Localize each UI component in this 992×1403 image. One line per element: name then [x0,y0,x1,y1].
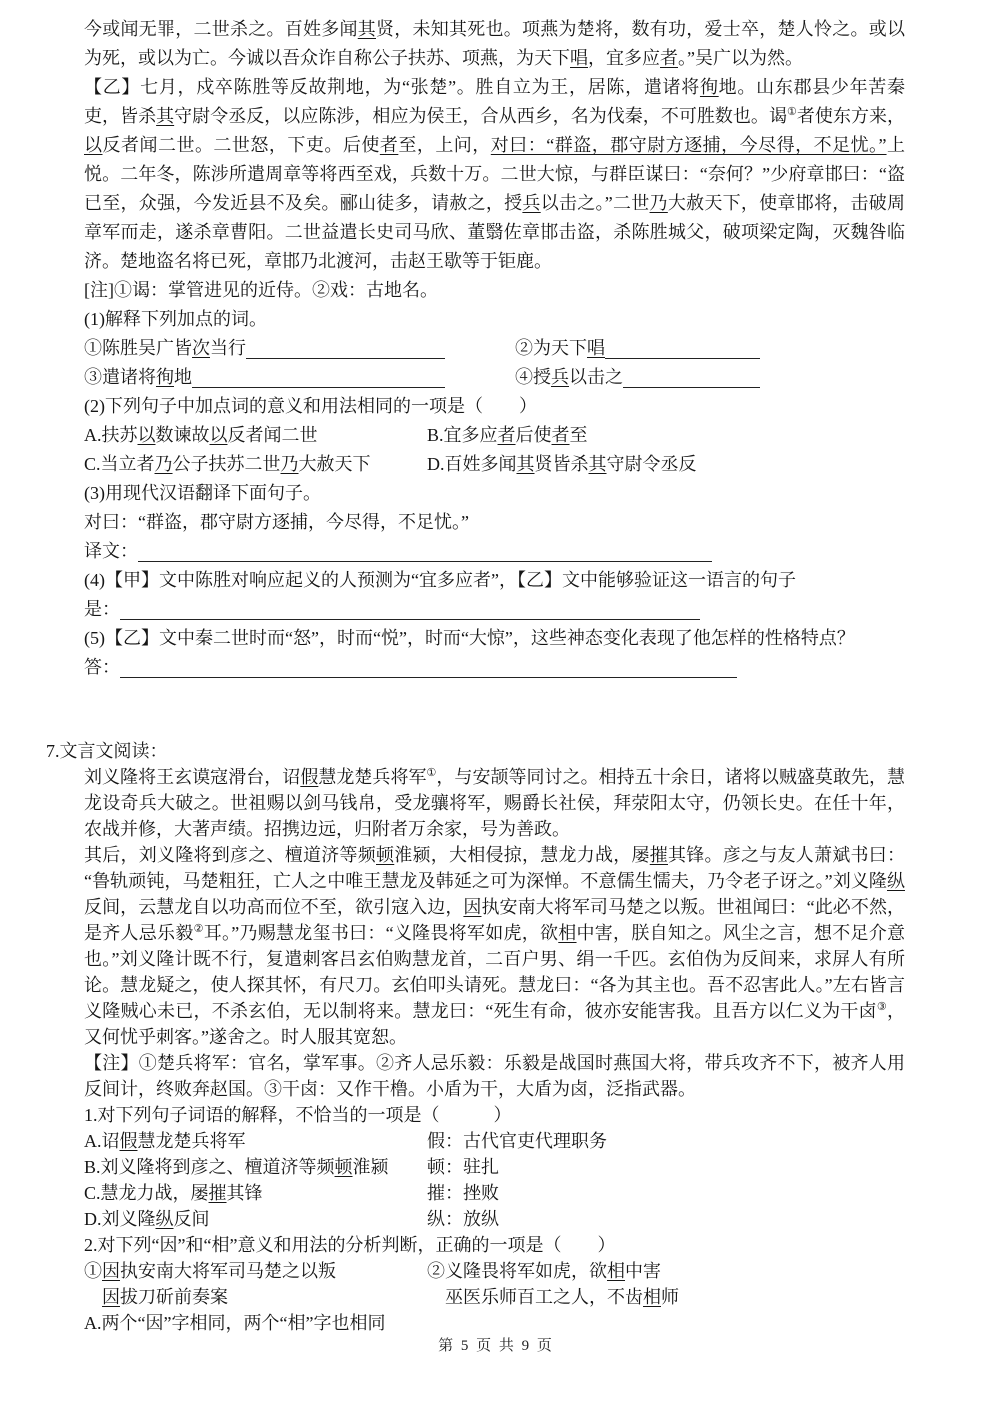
passage7-para1: 刘义隆将王玄谟寇滑台，诏假慧龙楚兵将军①，与安颉等同讨之。相持五十余日，诸将以贼… [84,764,905,842]
q1-prompt: (1)解释下列加点的词。 [84,305,905,334]
answer-label: 译文： [84,537,138,566]
q3-sentence: 对曰：“群盗，郡守尉方逐捕，今尽得，不足忧。” [84,508,905,537]
option-text: D.刘义隆纵反间 [84,1206,427,1232]
fill-item-label: ①陈胜吴广皆次当行 [84,334,246,363]
s7q1-option-a: A.诏假慧龙楚兵将军 假：古代官吏代理职务 [84,1128,905,1154]
s7q1-option-b: B.刘义隆将到彦之、檀道济等频顿淮颍 顿：驻扎 [84,1154,905,1180]
option-gloss: 摧：挫败 [427,1180,905,1206]
fill-item-label: ③遣诸将徇地 [84,363,192,392]
option-d: D.百姓多闻其贤皆杀其守尉令丞反 [427,450,905,479]
answer-label: 是： [84,595,120,624]
s7q2-examples-1: ①因执安南大将军司马楚之以叛 ②义隆畏将军如虎，欲相中害 [84,1258,905,1284]
answer-blank [120,595,700,620]
passage-jia-continued: 今或闻无罪，二世杀之。百姓多闻其贤，未知其死也。项燕为楚将，数有功，爱士卒，楚人… [84,15,905,73]
option-text: A.诏假慧龙楚兵将军 [84,1128,427,1154]
fill-item-2: ②为天下唱 [515,334,905,363]
q1-fill-row-2: ③遣诸将徇地 ④授兵以击之 [84,363,905,392]
s7q1-option-c: C.慧龙力战，屡摧其锋 摧：挫败 [84,1180,905,1206]
option-b: B.宜多应者后使者至 [427,421,905,450]
example-sentence: ②义隆畏将军如虎，欲相中害 [427,1258,905,1284]
fill-item-label: ④授兵以击之 [515,363,623,392]
s7q1-option-d: D.刘义隆纵反间 纵：放纵 [84,1206,905,1232]
q5-prompt: (5)【乙】文中秦二世时而“怒”，时而“悦”，时而“大惊”，这些神态变化表现了他… [84,624,905,653]
example-sentence: ①因执安南大将军司马楚之以叛 [84,1258,427,1284]
option-gloss: 假：古代官吏代理职务 [427,1128,905,1154]
s7q1-prompt: 1.对下列句子词语的解释，不恰当的一项是（ ） [84,1102,905,1128]
option-text: B.刘义隆将到彦之、檀道济等频顿淮颍 [84,1154,427,1180]
question7-section: 7.文言文阅读： 刘义隆将王玄谟寇滑台，诏假慧龙楚兵将军①，与安颉等同讨之。相持… [84,738,905,1336]
q5-answer-line: 答： [84,653,905,682]
option-gloss: 纵：放纵 [427,1206,905,1232]
passage7-note: 【注】①楚兵将军：官名，掌军事。②齐人忌乐毅：乐毅是战国时燕国大将，带兵攻齐不下… [84,1050,905,1102]
q2-options-cd: C.当立者乃公子扶苏二世乃大赦天下 D.百姓多闻其贤皆杀其守尉令丞反 [84,450,905,479]
option-a: A.扶苏以数谏故以反者闻二世 [84,421,427,450]
question6-section: 今或闻无罪，二世杀之。百姓多闻其贤，未知其死也。项燕为楚将，数有功，爱士卒，楚人… [84,15,905,682]
page-body: 今或闻无罪，二世杀之。百姓多闻其贤，未知其死也。项燕为楚将，数有功，爱士卒，楚人… [0,0,992,1336]
passage7-para2: 其后，刘义隆将到彦之、檀道济等频顿淮颍，大相侵掠，慧龙力战，屡摧其锋。彦之与友人… [84,842,905,1050]
section7-heading: 7.文言文阅读： [46,738,905,764]
q3-prompt: (3)用现代汉语翻译下面句子。 [84,479,905,508]
example-sentence: 因拔刀斫前奏案 [84,1284,427,1310]
answer-blank [138,537,712,562]
q2-options-ab: A.扶苏以数谏故以反者闻二世 B.宜多应者后使者至 [84,421,905,450]
fill-item-1: ①陈胜吴广皆次当行 [84,334,515,363]
q3-answer-line: 译文： [84,537,905,566]
answer-blank [605,334,760,359]
s7q2-option-a: A.两个“因”字相同，两个“相”字也相同 [84,1310,905,1336]
answer-blank [192,363,445,388]
q4-prompt: (4)【甲】文中陈胜对响应起义的人预测为“宜多应者”，【乙】文中能够验证这一语言… [84,566,905,595]
passage-yi-note: [注]①谒：掌管进见的近侍。②戏：古地名。 [84,276,905,305]
s7q2-examples-2: 因拔刀斫前奏案 巫医乐师百工之人，不齿相师 [84,1284,905,1310]
answer-blank [120,653,737,678]
option-gloss: 顿：驻扎 [427,1154,905,1180]
option-text: C.慧龙力战，屡摧其锋 [84,1180,427,1206]
fill-item-4: ④授兵以击之 [515,363,905,392]
s7q2-prompt: 2.对下列“因”和“相”意义和用法的分析判断，正确的一项是（ ） [84,1232,905,1258]
answer-blank [623,363,760,388]
page-number: 第 5 页 共 9 页 [0,1334,992,1355]
q4-answer-line: 是： [84,595,905,624]
option-c: C.当立者乃公子扶苏二世乃大赦天下 [84,450,427,479]
fill-item-label: ②为天下唱 [515,334,605,363]
fill-item-3: ③遣诸将徇地 [84,363,515,392]
answer-label: 答： [84,653,120,682]
exam-page-scan: { "footer": { "text": "第 5 页 共 9 页" }, "… [0,0,992,1403]
passage-yi: 【乙】七月，戍卒陈胜等反故荆地，为“张楚”。胜自立为王，居陈，遣诸将徇地。山东郡… [84,73,905,276]
q1-fill-row-1: ①陈胜吴广皆次当行 ②为天下唱 [84,334,905,363]
example-sentence: 巫医乐师百工之人，不齿相师 [427,1284,905,1310]
answer-blank [246,334,445,359]
q2-prompt: (2)下列句子中加点词的意义和用法相同的一项是（ ） [84,392,905,421]
